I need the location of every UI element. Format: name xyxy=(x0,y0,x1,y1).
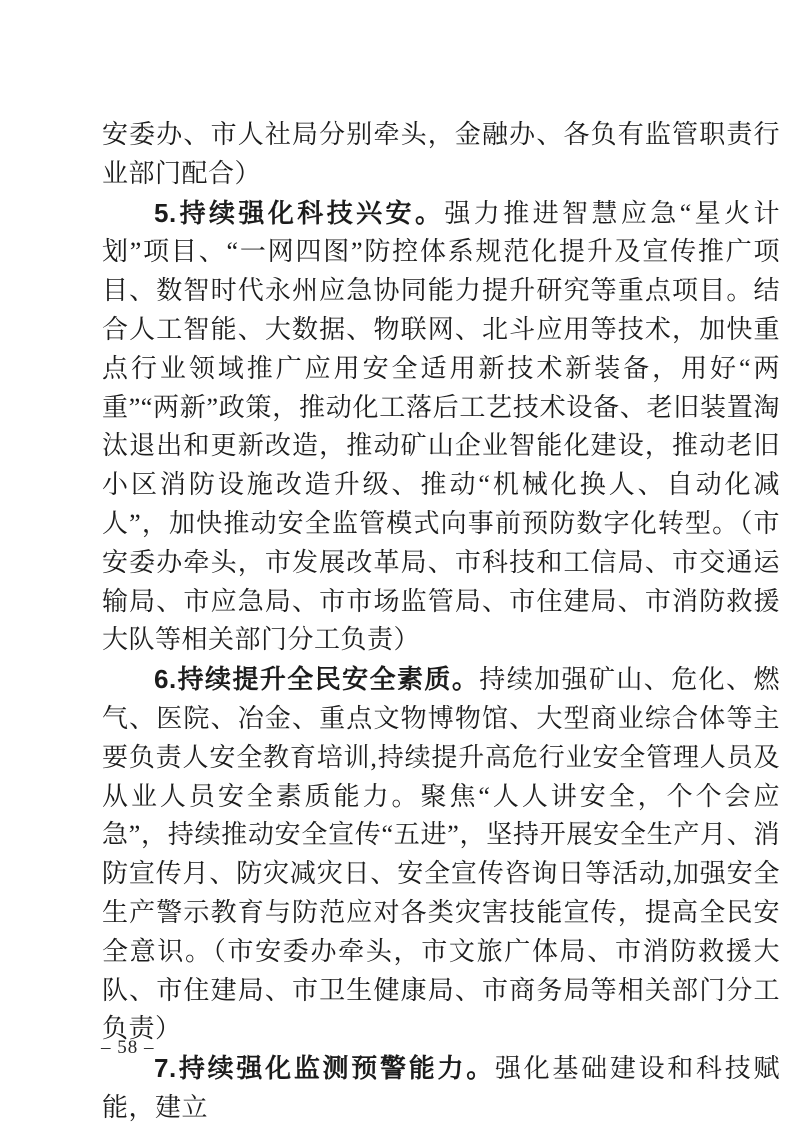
document-body: 安委办、市人社局分别牵头，金融办、各负有监管职责行业部门配合）5.持续强化科技兴… xyxy=(102,116,780,1122)
paragraph-heading-run: 5.持续强化科技兴安。 xyxy=(154,198,444,228)
paragraph-text-run: 安委办、市人社局分别牵头，金融办、各负有监管职责行业部门配合） xyxy=(102,120,780,188)
paragraph-text-run: 强力推进智慧应急“星火计划”项目、“一网四图”防控体系规范化提升及宣传推广项目、… xyxy=(102,199,780,655)
paragraph-continuation-paragraph: 安委办、市人社局分别牵头，金融办、各负有监管职责行业部门配合） xyxy=(102,116,780,194)
page-number: – 58 – xyxy=(101,1037,155,1059)
paragraph-item-5: 5.持续强化科技兴安。强力推进智慧应急“星火计划”项目、“一网四图”防控体系规范… xyxy=(102,194,780,661)
paragraph-heading-run: 7.持续强化监测预警能力。 xyxy=(154,1053,495,1083)
document-page: 安委办、市人社局分别牵头，金融办、各负有监管职责行业部门配合）5.持续强化科技兴… xyxy=(0,0,793,1122)
paragraph-item-6: 6.持续提升全民安全素质。持续加强矿山、危化、燃气、医院、冶金、重点文物博物馆、… xyxy=(102,660,780,1049)
paragraph-text-run: 持续加强矿山、危化、燃气、医院、冶金、重点文物博物馆、大型商业综合体等主要负责人… xyxy=(102,665,780,1043)
paragraph-item-7: 7.持续强化监测预警能力。强化基础建设和科技赋能，建立 xyxy=(102,1049,780,1122)
paragraph-heading-run: 6.持续提升全民安全素质。 xyxy=(154,664,479,694)
